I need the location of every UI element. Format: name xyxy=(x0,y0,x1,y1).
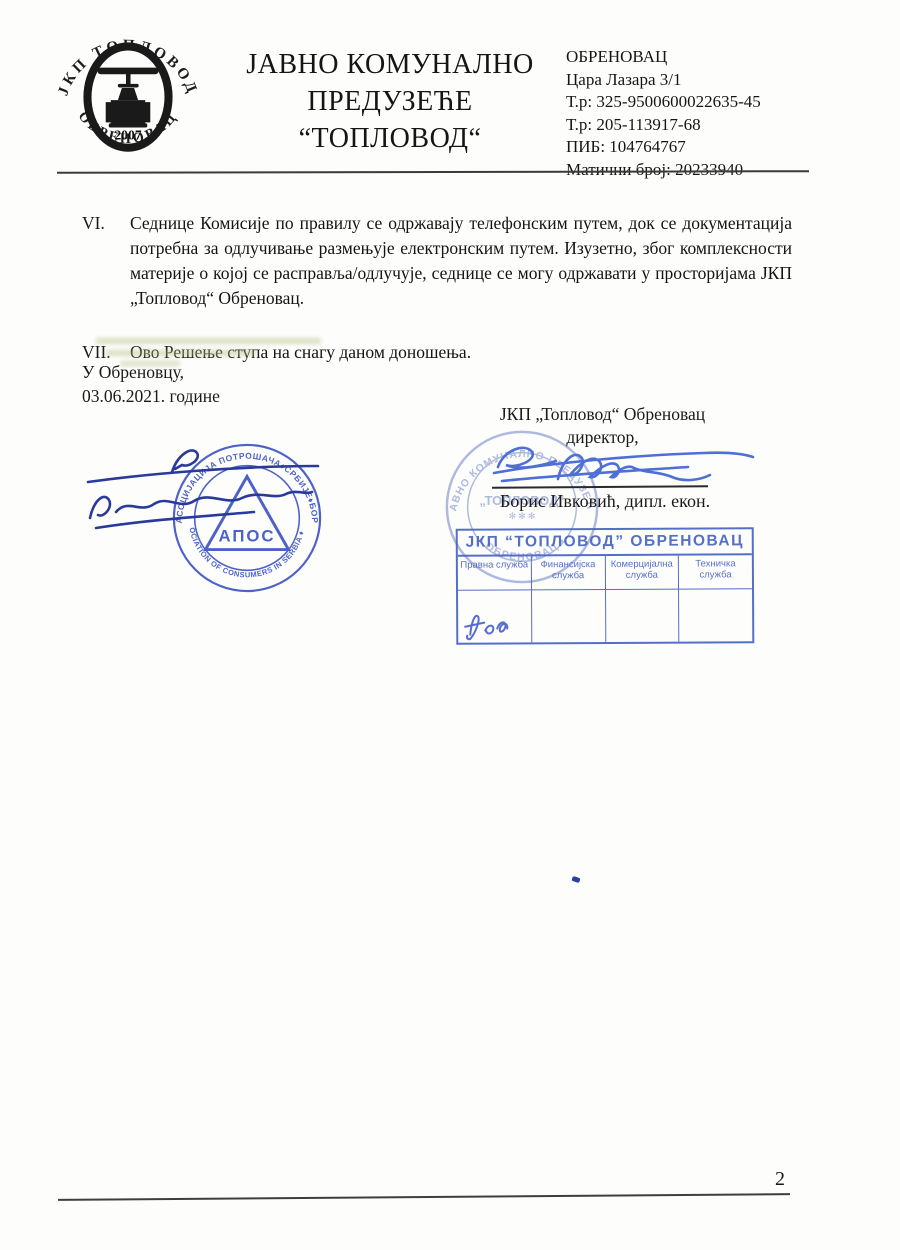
company-title: ЈАВНО КОМУНАЛНО ПРЕДУЗЕЋЕ “ТОПЛОВОД“ xyxy=(222,46,558,157)
address-pib: ПИБ: 104764767 xyxy=(566,136,796,159)
company-title-line-1: ЈАВНО КОМУНАЛНО xyxy=(222,46,558,83)
routing-stamp-header-row: Правна служба Финансијска служба Комерци… xyxy=(458,555,752,591)
company-seal-logo: ЈКП ТОПЛОВОД ОБРЕНОВАЦ 2007 xyxy=(52,16,204,168)
bleed-through-ghost xyxy=(106,350,256,356)
routing-stamp-body-row xyxy=(458,589,752,643)
routing-cell-signature-ink xyxy=(460,604,512,642)
date-line: 03.06.2021. године xyxy=(82,384,220,408)
clause-text: Седнице Комисије по правилу се одржавају… xyxy=(130,211,792,311)
routing-cell-finance xyxy=(532,590,606,642)
address-account-2: Т.р: 205-113917-68 xyxy=(566,114,796,137)
document-page: ЈКП ТОПЛОВОД ОБРЕНОВАЦ 2007 ЈАВНО КОМУНА… xyxy=(0,0,900,1250)
clause-vi: VI. Седнице Комисије по правилу се одржа… xyxy=(82,211,792,311)
svg-text:✻ ✻ ✻: ✻ ✻ ✻ xyxy=(509,511,536,521)
routing-col-commercial: Комерцијална служба xyxy=(605,556,679,590)
routing-stamp-title: ЈКП “ТОПЛОВОД” ОБРЕНОВАЦ xyxy=(458,529,752,557)
footer-divider xyxy=(58,1193,790,1201)
address-city: ОБРЕНОВАЦ xyxy=(566,46,796,69)
seal-year: 2007 xyxy=(114,128,142,143)
routing-stamp-table: ЈКП “ТОПЛОВОД” ОБРЕНОВАЦ Правна служба Ф… xyxy=(456,527,755,645)
routing-col-technical: Техничка служба xyxy=(679,555,752,589)
routing-col-legal: Правна служба xyxy=(458,556,532,590)
routing-cell-commercial xyxy=(606,590,680,642)
company-title-line-2: ПРЕДУЗЕЋЕ xyxy=(222,83,558,120)
signature-org-line: ЈКП „Топловод“ Обреновац xyxy=(450,403,755,426)
clause-number: VI. xyxy=(82,211,130,311)
handwritten-signature-ink xyxy=(76,438,348,544)
director-signature-ink xyxy=(458,437,770,495)
routing-cell-legal xyxy=(458,590,532,642)
valve-icon xyxy=(98,68,159,128)
address-account-1: Т.р: 325-9500600022635-45 xyxy=(566,91,796,114)
address-street: Цара Лазара 3/1 xyxy=(566,69,796,92)
bleed-through-ghost xyxy=(96,338,321,344)
place-line: У Обреновцу, xyxy=(82,360,220,384)
company-title-line-3: “ТОПЛОВОД“ xyxy=(222,120,558,157)
routing-cell-technical xyxy=(679,589,752,641)
company-address-block: ОБРЕНОВАЦ Цара Лазара 3/1 Т.р: 325-95006… xyxy=(566,46,796,181)
stray-ink-dot xyxy=(571,876,580,883)
routing-col-finance: Финансијска служба xyxy=(532,556,606,590)
place-date-block: У Обреновцу, 03.06.2021. године xyxy=(82,360,220,408)
page-number: 2 xyxy=(763,1168,797,1191)
